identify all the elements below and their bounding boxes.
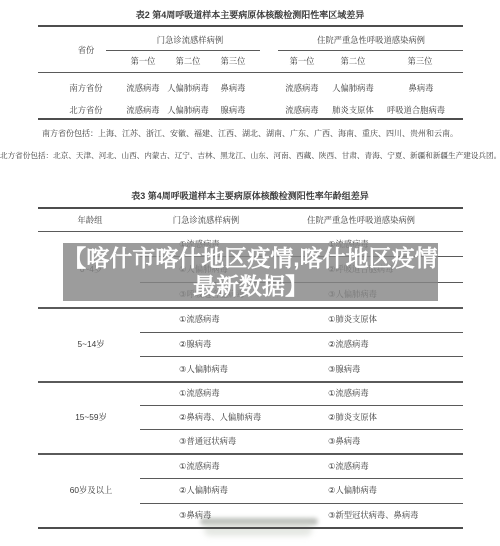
table3-row3-out1: ②人偏肺病毒 xyxy=(179,484,228,496)
table2-row1-cell5: 呼吸道合胞病毒 xyxy=(387,104,445,116)
table3-row1-out2: ③人偏肺病毒 xyxy=(179,363,228,375)
table2-header-rank3-in: 第三位 xyxy=(408,55,433,67)
table2-row1-cell1: 人偏肺病毒 xyxy=(167,104,209,116)
watermark-line1: 【喀什市喀什地区疫情,喀什地区疫情 xyxy=(63,244,438,272)
table3-row-separator-1 xyxy=(38,307,463,309)
table3-row3-in2: ③新型冠状病毒、鼻病毒 xyxy=(328,509,418,521)
table2-bottom-rule xyxy=(38,118,463,120)
table3-row2-out1: ②鼻病毒、人偏肺病毒 xyxy=(179,411,261,423)
table3-row1-out0: ①流感病毒 xyxy=(179,313,220,325)
table3-row2-in2: ③鼻病毒 xyxy=(328,435,360,447)
table2-row0-cell5: 鼻病毒 xyxy=(409,82,434,94)
table3-row3-in1: ②人偏肺病毒 xyxy=(328,484,377,496)
table3-top-rule xyxy=(38,207,463,209)
table2-footnote-south: 南方省份包括：上海、江苏、浙江、安徽、福建、江西、湖北、湖南、广东、广西、海南、… xyxy=(0,128,500,139)
smudge-blur-light xyxy=(204,523,312,536)
table3-row-separator-2 xyxy=(38,381,463,383)
table2-outpatient-group-underline xyxy=(106,50,260,51)
table3-row3-out2: ③鼻病毒 xyxy=(179,509,211,521)
watermark-overlay: 【喀什市喀什地区疫情,喀什地区疫情 最新数据】 xyxy=(63,243,438,301)
table2-header-inpatient-group: 住院严重急性呼吸道感染病例 xyxy=(317,34,425,46)
table2-header-underline xyxy=(38,72,463,73)
table2-footnote-north: 北方省份包括：北京、天津、河北、山西、内蒙古、辽宁、吉林、黑龙江、山东、河南、西… xyxy=(0,150,500,161)
table3-subrule xyxy=(140,405,463,406)
table3-subrule xyxy=(140,429,463,430)
table3-row2-out2: ③普通冠状病毒 xyxy=(179,435,236,447)
table2-header-rank1-out: 第一位 xyxy=(131,55,156,67)
table3-subrule xyxy=(140,332,463,333)
table2-header-province: 省份 xyxy=(78,44,95,56)
table3-header-underline xyxy=(38,231,463,232)
table3-row2-age: 15~59岁 xyxy=(75,411,107,423)
table3-bottom-rule xyxy=(38,527,463,529)
table3-row3-out0: ①流感病毒 xyxy=(179,460,220,472)
table2-row1-cell3: 流感病毒 xyxy=(285,104,318,116)
table3-row1-in2: ③腺病毒 xyxy=(328,363,360,375)
table3-header-age-group: 年龄组 xyxy=(78,214,103,226)
table3-subrule xyxy=(140,356,463,357)
table2-row1-cell4: 肺炎支原体 xyxy=(332,104,374,116)
table3-row1-out1: ②腺病毒 xyxy=(179,338,211,350)
table3-row1-age: 5~14岁 xyxy=(78,338,105,350)
table3-row-separator-3 xyxy=(38,453,463,455)
table3-row2-out0: ①流感病毒 xyxy=(179,387,220,399)
table3-header-outpatient: 门急诊流感样病例 xyxy=(173,214,239,226)
table2-row1-province: 北方省份 xyxy=(69,104,102,116)
table2-row0-cell4: 人偏肺病毒 xyxy=(332,82,374,94)
table2-title: 表2 第4周呼吸道样本主要病原体核酸检测阳性率区域差异 xyxy=(0,8,500,21)
table2-header-rank2-in: 第二位 xyxy=(341,55,366,67)
table3-subrule xyxy=(140,478,463,479)
table3-row1-in0: ①肺炎支原体 xyxy=(328,313,377,325)
table2-top-rule xyxy=(38,25,463,27)
table2-row0-province: 南方省份 xyxy=(69,82,102,94)
table3-row2-in0: ①流感病毒 xyxy=(328,387,369,399)
table2-row0-cell0: 流感病毒 xyxy=(126,82,159,94)
table3-header-inpatient: 住院严重急性呼吸道感染病例 xyxy=(307,214,415,226)
table2-header-rank3-out: 第三位 xyxy=(221,55,246,67)
table2-row1-cell2: 腺病毒 xyxy=(221,104,246,116)
table2-row0-cell3: 流感病毒 xyxy=(285,82,318,94)
table3-row2-in1: ②肺炎支原体 xyxy=(328,411,377,423)
watermark-line2: 最新数据】 xyxy=(63,272,438,300)
table3-title: 表3 第4周呼吸道样本主要病原体核酸检测阳性率年龄组差异 xyxy=(0,189,500,202)
table2-row1-cell0: 流感病毒 xyxy=(126,104,159,116)
table3-subrule xyxy=(140,503,463,504)
table3-row3-age: 60岁及以上 xyxy=(70,484,112,496)
table2-header-outpatient-group: 门急诊流感样病例 xyxy=(157,34,223,46)
table2-header-rank2-out: 第二位 xyxy=(176,55,201,67)
table3-row3-in0: ①流感病毒 xyxy=(328,460,369,472)
document-page: 表2 第4周呼吸道样本主要病原体核酸检测阳性率区域差异 省份 门急诊流感样病例 … xyxy=(0,0,500,546)
table3-row1-in1: ②流感病毒 xyxy=(328,338,369,350)
table2-row0-cell1: 人偏肺病毒 xyxy=(167,82,209,94)
table2-header-rank1-in: 第一位 xyxy=(290,55,315,67)
table2-inpatient-group-underline xyxy=(278,50,463,51)
table2-row0-cell2: 鼻病毒 xyxy=(221,82,246,94)
